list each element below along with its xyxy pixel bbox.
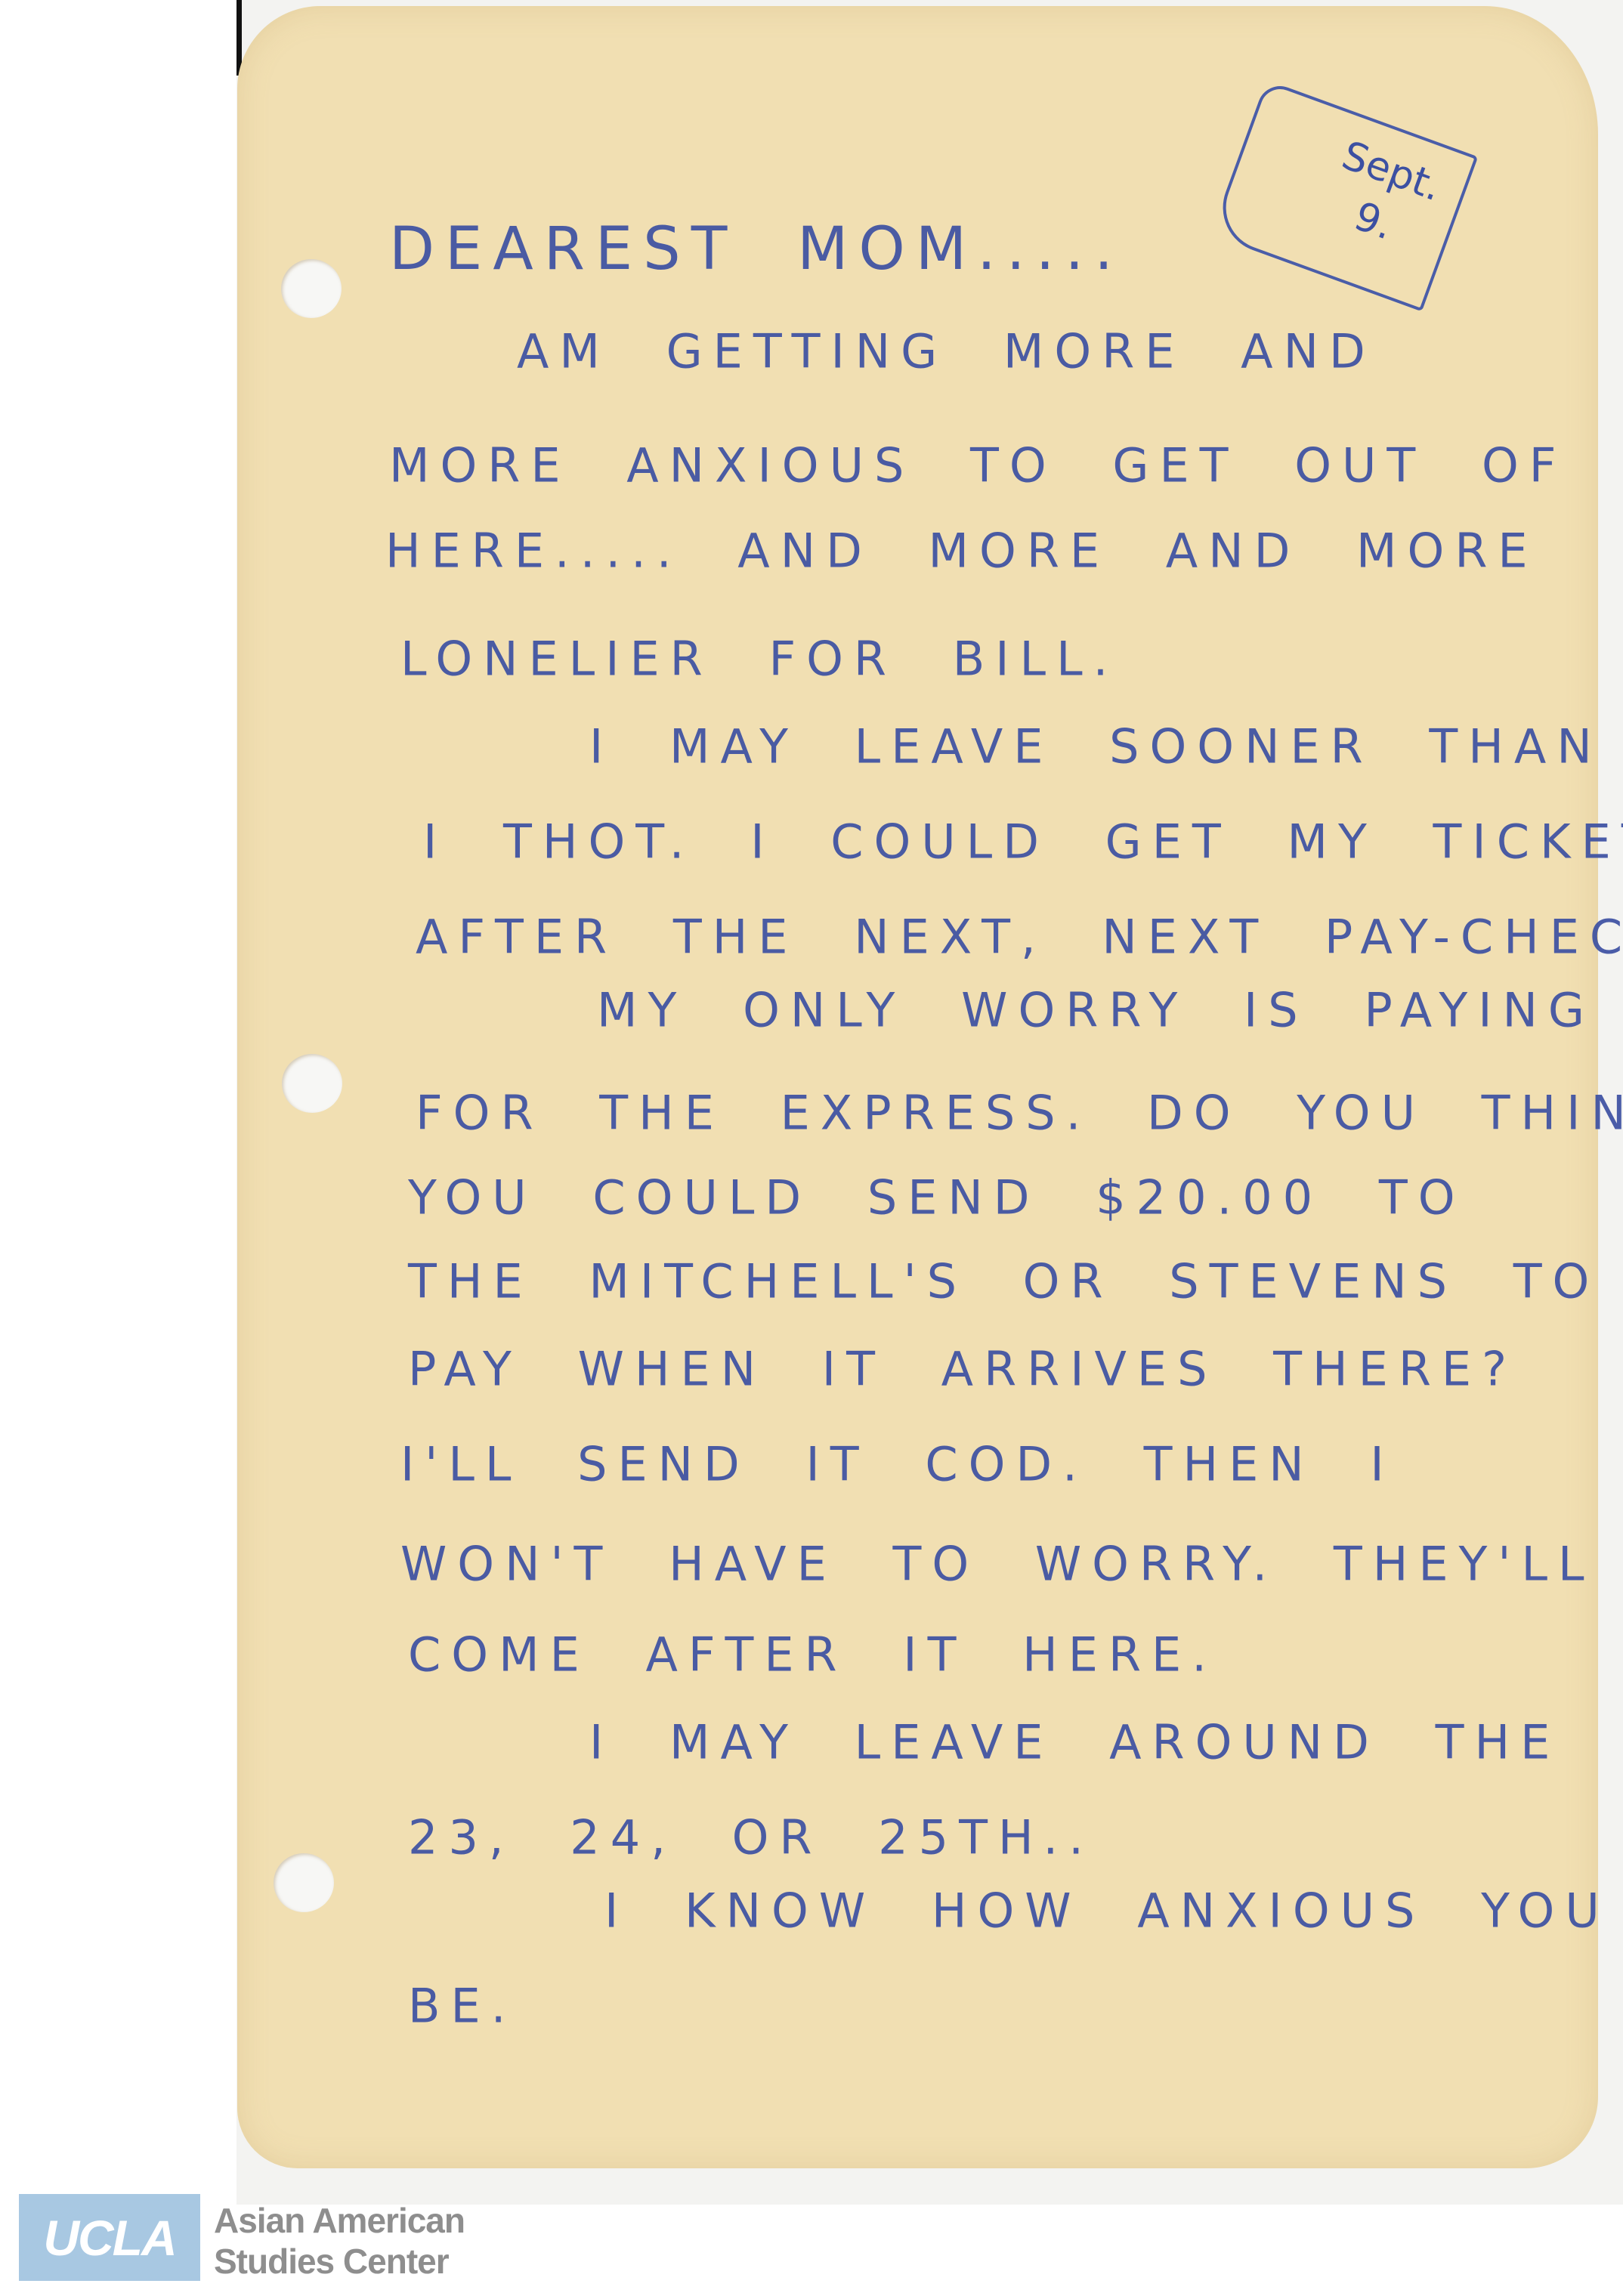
letter-line: I may leave around the bbox=[589, 1715, 1560, 1770]
center-name-line2: Studies Center bbox=[214, 2241, 465, 2282]
letter-line: I'll send it COD. Then I bbox=[400, 1437, 1395, 1492]
letter-line: I thot. I could get my ticket bbox=[423, 814, 1623, 870]
letter-line: I may leave sooner than bbox=[589, 719, 1603, 774]
center-name: Asian American Studies Center bbox=[214, 2200, 465, 2282]
ucla-logo-mark: UCLA bbox=[43, 2209, 175, 2267]
letter-line: after the next, next pay-check. bbox=[416, 910, 1623, 965]
center-name-line1: Asian American bbox=[214, 2200, 465, 2241]
letter-line: Am getting more and bbox=[517, 324, 1376, 379]
letter-line: be. bbox=[408, 1979, 516, 2034]
letter-line: for the express. Do you think bbox=[416, 1086, 1623, 1141]
letter-line: the Mitchell's or Stevens to bbox=[408, 1254, 1600, 1309]
letter-line: more anxious to get out of bbox=[389, 438, 1566, 493]
letter-line: pay when it arrives there? bbox=[408, 1342, 1517, 1397]
letter-greeting: Dearest Mom..... bbox=[389, 215, 1124, 283]
ucla-logo: UCLA bbox=[19, 2194, 200, 2281]
letter-line: lonelier for Bill. bbox=[400, 632, 1118, 687]
letter-line: won't have to worry. They'll bbox=[400, 1537, 1595, 1592]
letter-line: here..... and more and more bbox=[385, 524, 1538, 579]
letter-line: My only worry is paying bbox=[597, 983, 1595, 1038]
letter-line: come after it here. bbox=[408, 1627, 1217, 1683]
binder-hole-bottom bbox=[274, 1853, 334, 1912]
binder-hole-top bbox=[281, 259, 342, 318]
letter-line: 23, 24, or 25th.. bbox=[408, 1810, 1094, 1865]
letter-line: I know how anxious you must bbox=[604, 1883, 1623, 1939]
binder-hole-middle bbox=[282, 1054, 342, 1113]
letter-line: you could send $20.00 to bbox=[408, 1170, 1466, 1225]
